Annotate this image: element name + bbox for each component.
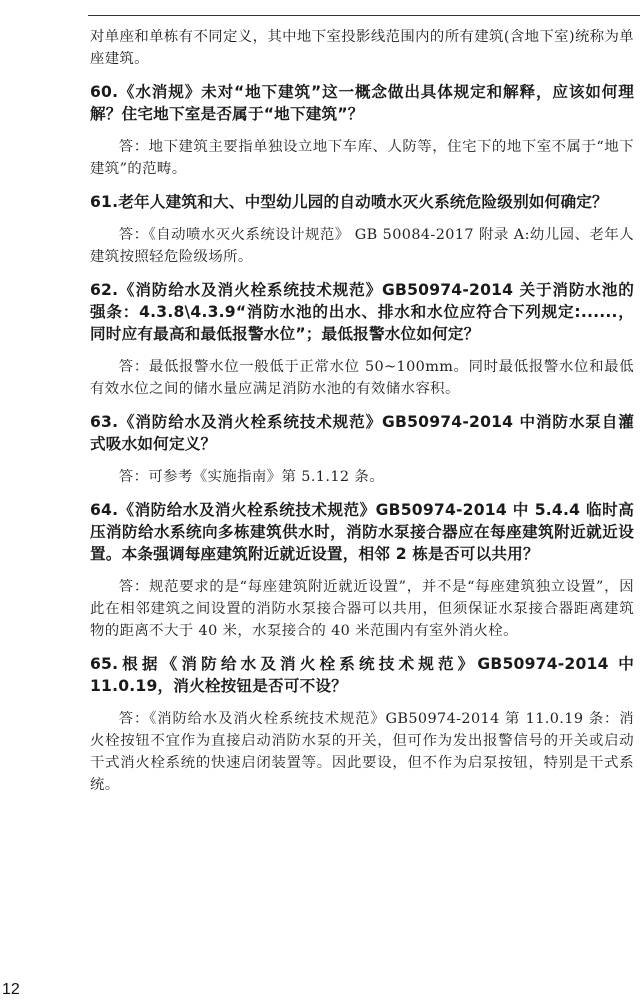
question-61: 61.老年人建筑和大、中型幼儿园的自动喷水灭火系统危险级别如何确定？ xyxy=(90,191,634,213)
question-60: 60.《水消规》未对“地下建筑”这一概念做出具体规定和解释，应该如何理解？住宅地… xyxy=(90,81,634,125)
question-65: 65.根据《消防给水及消火栓系统技术规范》GB50974-2014 中 11.0… xyxy=(90,653,634,697)
question-63: 63.《消防给水及消火栓系统技术规范》GB50974-2014 中消防水泵自灌式… xyxy=(90,411,634,455)
answer-61: 答：《自动喷水灭火系统设计规范》 GB 50084-2017 附录 A:幼儿园、… xyxy=(90,224,634,268)
page-body: 对单座和单栋有不同定义，其中地下室投影线范围内的所有建筑(含地下室)统称为单座建… xyxy=(90,26,634,796)
answer-64: 答：规范要求的是“每座建筑附近就近设置”，并不是“每座建筑独立设置”，因此在相邻… xyxy=(90,576,634,642)
page-number: 12 xyxy=(2,981,20,999)
continuation-paragraph: 对单座和单栋有不同定义，其中地下室投影线范围内的所有建筑(含地下室)统称为单座建… xyxy=(90,26,634,70)
question-62: 62.《消防给水及消火栓系统技术规范》GB50974-2014 关于消防水池的强… xyxy=(90,279,634,345)
answer-62: 答：最低报警水位一般低于正常水位 50~100mm。同时最低报警水位和最低有效水… xyxy=(90,356,634,400)
answer-63: 答：可参考《实施指南》第 5.1.12 条。 xyxy=(90,466,634,488)
question-64: 64.《消防给水及消火栓系统技术规范》GB50974-2014 中 5.4.4 … xyxy=(90,499,634,565)
header-rule xyxy=(88,15,640,16)
answer-65: 答：《消防给水及消火栓系统技术规范》GB50974-2014 第 11.0.19… xyxy=(90,708,634,796)
answer-60: 答：地下建筑主要指单独设立地下车库、人防等，住宅下的地下室不属于“地下建筑”的范… xyxy=(90,136,634,180)
